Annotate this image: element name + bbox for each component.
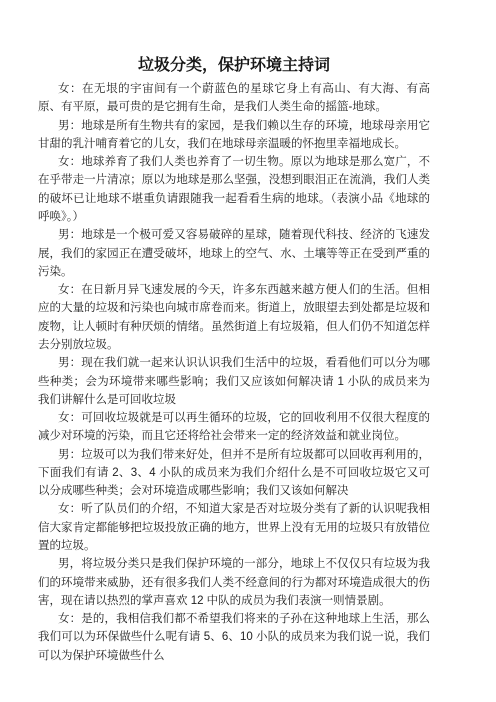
paragraph: 男：地球是一个极可爱又容易破碎的星球，随着现代科技、经济的飞速发展，我们的家园正… [38,226,430,281]
paragraph: 女：可回收垃圾就是可以再生循环的垃圾，它的回收利用不仅很大程度的减少对环境的污染… [38,409,430,446]
paragraph: 男：地球是所有生物共有的家园，是我们赖以生存的环境，地球母亲用它甘甜的乳汁哺育着… [38,117,430,154]
paragraph: 男，将垃圾分类只是我们保护环境的一部分，地球上不仅仅只有垃圾为我们的环境带来威胁… [38,555,430,610]
document-page: 垃圾分类，保护环境主持词 女：在无垠的宇宙间有一个蔚蓝色的星球它身上有高山、有大… [0,0,496,702]
paragraph: 女：在无垠的宇宙间有一个蔚蓝色的星球它身上有高山、有大海、有高原、有平原，最可贵… [38,80,430,117]
paragraph: 女：听了队员们的介绍，不知道大家是否对垃圾分类有了新的认识呢我相信大家肯定都能够… [38,500,430,555]
document-title: 垃圾分类，保护环境主持词 [0,0,496,76]
document-body: 女：在无垠的宇宙间有一个蔚蓝色的星球它身上有高山、有大海、有高原、有平原，最可贵… [38,80,430,665]
paragraph: 男：现在我们就一起来认识认识我们生活中的垃圾，看看他们可以分为哪些种类；会为环境… [38,354,430,409]
paragraph: 男：垃圾可以为我们带来好处，但并不是所有垃圾都可以回收再利用的，下面我们有请 2… [38,446,430,501]
paragraph: 女：地球养育了我们人类也养育了一切生物。原以为地球是那么宽广，不在乎带走一片清凉… [38,153,430,226]
paragraph: 女：是的，我相信我们都不希望我们将来的子孙在这种地球上生活，那么我们可以为环保做… [38,610,430,665]
paragraph: 女：在日新月异飞速发展的今天，许多东西越来越方便人们的生活。但相应的大量的垃圾和… [38,281,430,354]
